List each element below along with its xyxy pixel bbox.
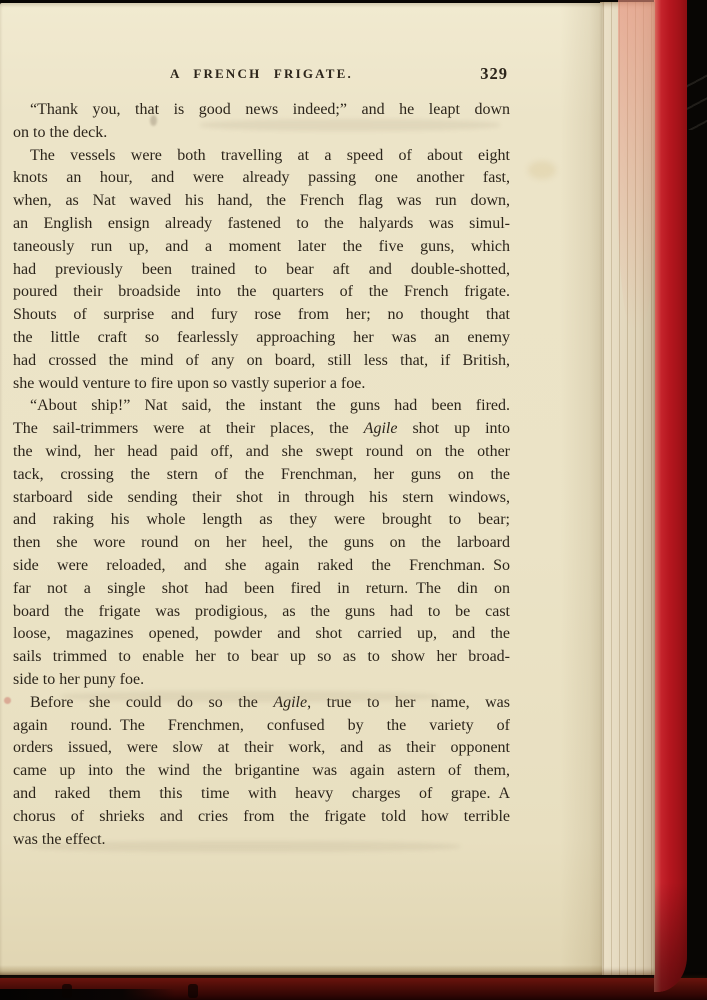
text-segment: again round. The Frenchmen, confused by … <box>13 717 510 734</box>
text-segment: chorus of shrieks and cries from the fri… <box>13 808 510 825</box>
text-segment: then she wore round on her heel, the gun… <box>13 534 510 551</box>
book-photo: A FRENCH FRIGATE. 329 “Thank you, that i… <box>0 0 707 1000</box>
paragraph: The vessels were both travelling at a sp… <box>13 145 510 396</box>
text-segment: she would venture to fire upon so vastly… <box>13 375 365 392</box>
page-number: 329 <box>480 64 508 84</box>
text-segment: “About ship!” Nat said, the instant the … <box>30 397 510 414</box>
text-line: loose, magazines opened, powder and shot… <box>13 623 510 646</box>
text-segment: far not a single shot had been fired in … <box>13 580 510 597</box>
text-segment: taneously run up, and a moment later the… <box>13 238 510 255</box>
pink-stain <box>4 697 11 704</box>
text-segment: the little craft so fearlessly approachi… <box>13 329 510 346</box>
text-segment: and raked them this time with heavy char… <box>13 785 510 802</box>
text-line: Shouts of surprise and fury rose from he… <box>13 304 510 327</box>
text-line: had previously been trained to bear aft … <box>13 259 510 282</box>
text-line: starboard side sending their shot in thr… <box>13 487 510 510</box>
show-through-smudge <box>30 841 460 852</box>
text-segment: side were reloaded, and she again raked … <box>13 557 510 574</box>
book-page: A FRENCH FRIGATE. 329 “Thank you, that i… <box>0 3 602 975</box>
text-segment: orders issued, were slow at their work, … <box>13 739 510 756</box>
show-through-smudge <box>200 119 500 131</box>
text-segment: shot up into <box>397 420 510 437</box>
text-line: board the frigate was prodigious, as the… <box>13 601 510 624</box>
text-line: again round. The Frenchmen, confused by … <box>13 715 510 738</box>
text-segment: The vessels were both travelling at a sp… <box>30 147 510 164</box>
text-line: tack, crossing the stern of the Frenchma… <box>13 464 510 487</box>
text-line: chorus of shrieks and cries from the fri… <box>13 806 510 829</box>
text-segment: had previously been trained to bear aft … <box>13 261 510 278</box>
text-segment: The sail-trimmers were at their places, … <box>13 420 364 437</box>
book-cover-right-edge <box>654 0 687 992</box>
text-segment: Shouts of surprise and fury rose from he… <box>13 306 510 323</box>
text-segment: tack, crossing the stern of the Frenchma… <box>13 466 510 483</box>
text-segment: when, as Nat waved his hand, the French … <box>13 192 510 209</box>
text-segment: the wind, her head paid off, and she swe… <box>13 443 510 460</box>
bottom-shadow <box>0 989 175 1000</box>
bottom-edge-notch <box>62 984 72 998</box>
text-block: “Thank you, that is good news indeed;” a… <box>13 99 510 851</box>
text-segment: had crossed the mind of any on board, st… <box>13 352 510 369</box>
text-segment: knots an hour, and were already passing … <box>13 169 510 186</box>
text-line: she would venture to fire upon so vastly… <box>13 373 510 396</box>
text-line: far not a single shot had been fired in … <box>13 578 510 601</box>
text-line: an English ensign already fastened to th… <box>13 213 510 236</box>
text-segment: poured their broadside into the quarters… <box>13 283 510 300</box>
show-through-smudge <box>60 691 440 702</box>
text-line: side to her puny foe. <box>13 669 510 692</box>
text-line: The vessels were both travelling at a sp… <box>13 145 510 168</box>
text-segment: on to the deck. <box>13 124 107 141</box>
text-line: side were reloaded, and she again raked … <box>13 555 510 578</box>
text-segment: “Thank you, that is good news indeed;” a… <box>30 101 510 118</box>
foxing-stain <box>528 161 556 179</box>
text-line: and raked them this time with heavy char… <box>13 783 510 806</box>
paragraph: “About ship!” Nat said, the instant the … <box>13 395 510 691</box>
text-line: then she wore round on her heel, the gun… <box>13 532 510 555</box>
text-segment: starboard side sending their shot in thr… <box>13 489 510 506</box>
ship-name-italic: Agile <box>364 420 398 437</box>
text-line: taneously run up, and a moment later the… <box>13 236 510 259</box>
text-segment: loose, magazines opened, powder and shot… <box>13 625 510 642</box>
text-line: had crossed the mind of any on board, st… <box>13 350 510 373</box>
text-line: when, as Nat waved his hand, the French … <box>13 190 510 213</box>
ink-speck <box>150 115 157 126</box>
text-segment: sails trimmed to enable her to bear up s… <box>13 648 510 665</box>
text-line: The sail-trimmers were at their places, … <box>13 418 510 441</box>
text-segment: an English ensign already fastened to th… <box>13 215 510 232</box>
text-line: the little craft so fearlessly approachi… <box>13 327 510 350</box>
background-shelf-streaks <box>686 70 707 130</box>
page-edges-pink-tint <box>618 0 655 330</box>
text-line: knots an hour, and were already passing … <box>13 167 510 190</box>
running-title: A FRENCH FRIGATE. <box>13 66 510 82</box>
text-line: “About ship!” Nat said, the instant the … <box>13 395 510 418</box>
text-line: “Thank you, that is good news indeed;” a… <box>13 99 510 122</box>
text-segment: came up into the wind the brigantine was… <box>13 762 510 779</box>
page-header: A FRENCH FRIGATE. 329 <box>13 66 510 86</box>
text-line: the wind, her head paid off, and she swe… <box>13 441 510 464</box>
text-segment: and raking his whole length as they were… <box>13 511 510 528</box>
text-segment: side to her puny foe. <box>13 671 144 688</box>
text-segment: board the frigate was prodigious, as the… <box>13 603 510 620</box>
paragraph: Before she could do so the Agile, true t… <box>13 692 510 852</box>
text-line: sails trimmed to enable her to bear up s… <box>13 646 510 669</box>
text-line: and raking his whole length as they were… <box>13 509 510 532</box>
text-line: poured their broadside into the quarters… <box>13 281 510 304</box>
text-line: came up into the wind the brigantine was… <box>13 760 510 783</box>
bottom-edge-notch <box>188 984 198 998</box>
text-line: orders issued, were slow at their work, … <box>13 737 510 760</box>
